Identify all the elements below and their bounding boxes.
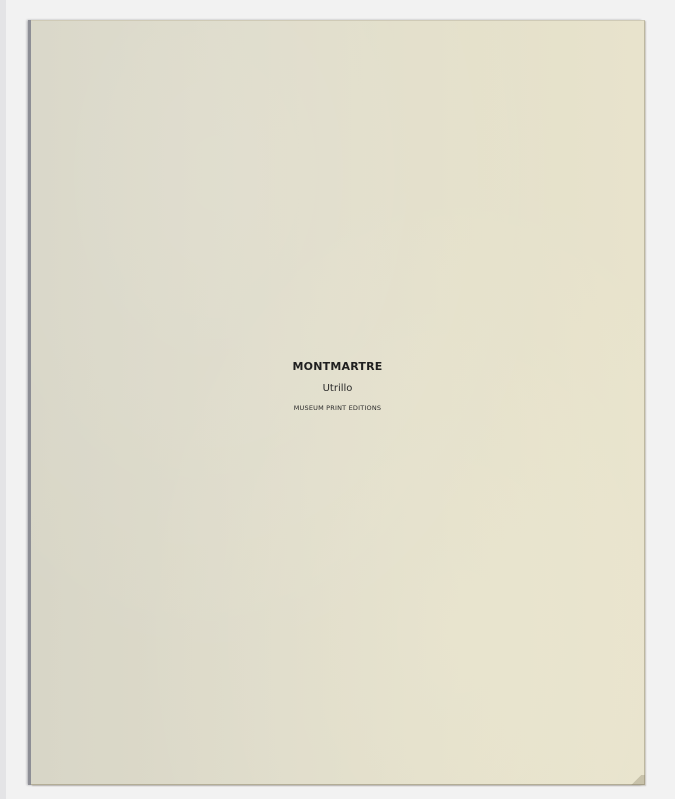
backdrop-edge: [0, 0, 6, 799]
artist-name: Utrillo: [31, 383, 644, 395]
publisher-name: MUSEUM PRINT EDITIONS: [31, 404, 644, 412]
board-corner-wear: [627, 775, 645, 785]
print-title: MONTMARTRE: [31, 360, 644, 373]
print-board-back: MONTMARTRE Utrillo MUSEUM PRINT EDITIONS: [31, 20, 645, 785]
print-label: MONTMARTRE Utrillo MUSEUM PRINT EDITIONS: [31, 360, 644, 412]
